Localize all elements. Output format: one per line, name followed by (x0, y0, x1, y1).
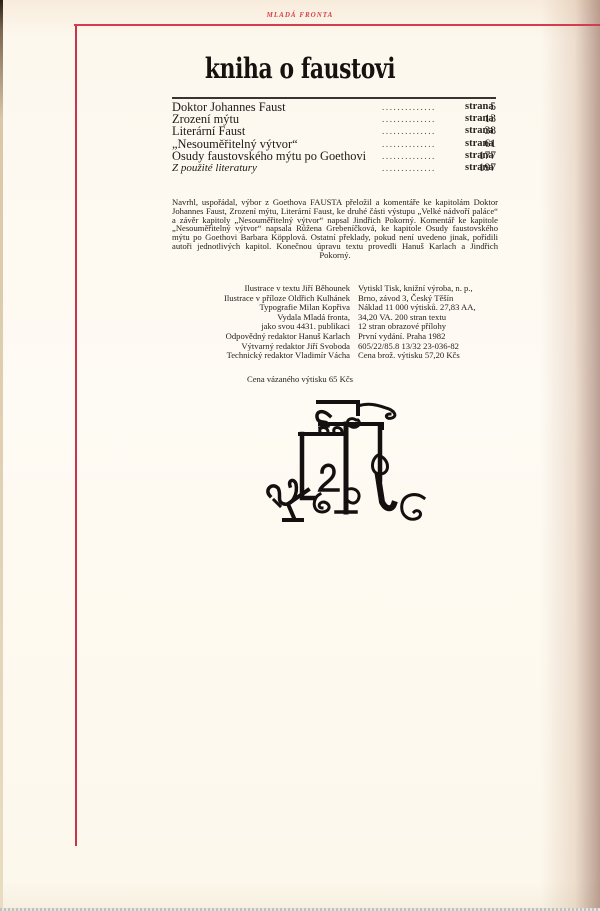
toc-row: „Nesouměřitelný výtvor“ .............. s… (172, 138, 498, 150)
toc-page-number: 61 (485, 138, 497, 150)
credit-line: Technický redaktor Vladimír Vácha (160, 351, 350, 361)
publisher-header: MLADÁ FRONTA (0, 11, 600, 19)
toc-page-number: 5 (490, 101, 496, 113)
toc-leader-dots: .............. (382, 138, 466, 150)
table-of-contents: Doktor Johannes Faust .............. str… (172, 101, 498, 174)
toc-page-number: 13 (485, 113, 497, 125)
toc-title: Osudy faustovského mýtu po Goethovi (172, 150, 366, 162)
frame-top-rule (74, 24, 600, 26)
toc-page-number: 38 (485, 125, 497, 137)
toc-title: „Nesouměřitelný výtvor“ (172, 138, 298, 150)
book-page: MLADÁ FRONTA kniha o faustovi Doktor Joh… (0, 0, 600, 911)
toc-page-number: 197 (479, 162, 496, 174)
toc-title: Literární Faust (172, 125, 245, 137)
toc-leader-dots: .............. (382, 113, 466, 125)
toc-leader-dots: .............. (382, 125, 466, 137)
toc-row: Literární Faust .............. strana 38 (172, 125, 498, 137)
toc-title: Z použité literatury (172, 162, 257, 174)
credits-right-column: Vytiskl Tisk, knižní výroba, n. p., Brno… (358, 284, 508, 361)
toc-leader-dots: .............. (382, 162, 466, 174)
toc-row: Osudy faustovského mýtu po Goethovi ....… (172, 150, 498, 162)
book-title: kniha o faustovi (66, 52, 534, 85)
bound-price: Cena vázaného výtisku 65 Kčs (0, 374, 600, 384)
colophon-paragraph: Navrhl, uspořádal, výbor z Goethova FAUS… (172, 198, 498, 260)
print-line: Cena brož. výtisku 57,20 Kčs (358, 351, 508, 361)
alchemical-sigil-icon (258, 394, 438, 534)
page-left-edge (0, 0, 3, 911)
toc-leader-dots: .............. (382, 101, 466, 113)
toc-leader-dots: .............. (382, 150, 466, 162)
title-rule (172, 97, 496, 99)
toc-row: Z použité literatury .............. stra… (172, 162, 498, 174)
toc-page-number: 177 (479, 150, 496, 162)
frame-left-rule (75, 26, 77, 846)
credits-left-column: Ilustrace v textu Jiří Běhounek Ilustrac… (160, 284, 350, 361)
